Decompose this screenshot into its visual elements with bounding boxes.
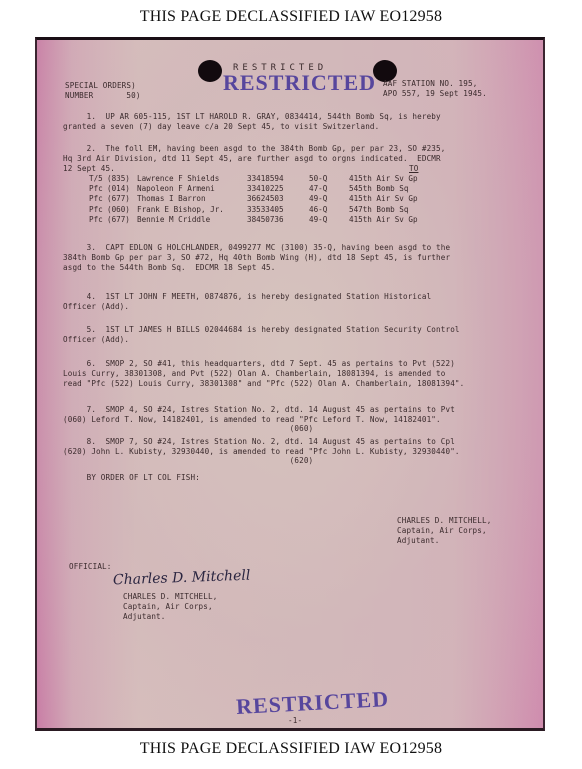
roster-to: 545th Bomb Sq [349,184,439,194]
paragraph-4-line-2: Officer (Add). [63,302,129,312]
roster-row: Pfc(677)Thomas I Barron3662450349-Q415th… [89,194,439,204]
signature-left-role: Adjutant. [123,612,166,622]
order-number: NUMBER 50) [65,91,141,101]
roster-code: 49-Q [309,194,349,204]
official-label: OFFICIAL: [69,562,112,572]
paragraph-6-line-1: 6. SMOP 2, SO #41, this headquarters, dt… [63,359,455,369]
roster-row: Pfc(014)Napoleon F Armeni3341022547-Q545… [89,184,439,194]
roster-table: T/5(835)Lawrence F Shields3341859450-Q41… [89,174,439,225]
roster-mos: (835) [107,174,137,184]
roster-to: 415th Air Sv Gp [349,215,439,225]
declassified-banner-bottom: THIS PAGE DECLASSIFIED IAW EO12958 [0,740,582,758]
roster-row: Pfc(060)Frank E Bishop, Jr.3353340546-Q5… [89,205,439,215]
roster-mos: (014) [107,184,137,194]
roster-to-header: TO [409,164,418,174]
special-orders-label: SPECIAL ORDERS) [65,81,136,91]
roster-row: Pfc(677)Bennie M Criddle3845073649-Q415t… [89,215,439,225]
signature-right-role: Adjutant. [397,536,440,546]
signature-left-title: Captain, Air Corps, [123,602,213,612]
signature-left-name: CHARLES D. MITCHELL, [123,592,217,602]
roster-mos: (060) [107,205,137,215]
roster-code: 50-Q [309,174,349,184]
paragraph-5-line-2: Officer (Add). [63,335,129,345]
roster-code: 46-Q [309,205,349,215]
paragraph-8-line-3: (620) [63,456,313,466]
station-line: AAF STATION NO. 195, [383,79,477,89]
punch-hole-left [198,60,222,82]
roster-serial: 33533405 [247,205,309,215]
paragraph-6-line-2: Louis Curry, 38301308, and Pvt (522) Ola… [63,369,445,379]
roster-rank: Pfc [89,184,107,194]
paragraph-7-line-3: (060) [63,424,313,434]
restricted-stamp-top: RESTRICTED [223,70,376,96]
roster-row: T/5(835)Lawrence F Shields3341859450-Q41… [89,174,439,184]
roster-rank: T/5 [89,174,107,184]
roster-mos: (677) [107,215,137,225]
roster-to: 415th Air Sv Gp [349,174,439,184]
declassified-banner-top: THIS PAGE DECLASSIFIED IAW EO12958 [0,8,582,26]
signature-right-title: Captain, Air Corps, [397,526,487,536]
paragraph-3-line-2: 384th Bomb Gp per par 3, SO #72, Hq 40th… [63,253,450,263]
roster-name: Lawrence F Shields [137,174,247,184]
roster-serial: 36624503 [247,194,309,204]
roster-rank: Pfc [89,215,107,225]
paragraph-5-line-1: 5. 1ST LT JAMES H BILLS 02044684 is here… [63,325,460,335]
paragraph-7-line-1: 7. SMOP 4, SO #24, Istres Station No. 2,… [63,405,455,415]
roster-mos: (677) [107,194,137,204]
page-number: -1- [288,716,302,726]
paragraph-1-line-2: granted a seven (7) day leave c/a 20 Sep… [63,122,379,132]
roster-code: 49-Q [309,215,349,225]
roster-name: Frank E Bishop, Jr. [137,205,247,215]
roster-serial: 33418594 [247,174,309,184]
paragraph-2-line-3: 12 Sept 45. [63,164,115,174]
roster-code: 47-Q [309,184,349,194]
paragraph-6-line-3: read "Pfc (522) Louis Curry, 38301308" a… [63,379,464,389]
paragraph-3-line-3: asgd to the 544th Bomb Sq. EDCMR 18 Sept… [63,263,275,273]
roster-name: Napoleon F Armeni [137,184,247,194]
scanned-document-page: RESTRICTED RESTRICTED SPECIAL ORDERS) NU… [35,37,545,731]
paragraph-2-line-1: 2. The foll EM, having been asgd to the … [63,144,445,154]
roster-to: 415th Air Sv Gp [349,194,439,204]
apo-date-line: APO 557, 19 Sept 1945. [383,89,487,99]
paragraph-4-line-1: 4. 1ST LT JOHN F MEETH, 0874876, is here… [63,292,431,302]
roster-name: Bennie M Criddle [137,215,247,225]
by-order-line: BY ORDER OF LT COL FISH: [63,473,200,483]
roster-to: 547th Bomb Sq [349,205,439,215]
roster-rank: Pfc [89,194,107,204]
roster-name: Thomas I Barron [137,194,247,204]
paragraph-8-line-1: 8. SMOP 7, SO #24, Istres Station No. 2,… [63,437,455,447]
handwritten-signature: Charles D. Mitchell [113,568,251,589]
roster-serial: 33410225 [247,184,309,194]
roster-serial: 38450736 [247,215,309,225]
roster-rank: Pfc [89,205,107,215]
paragraph-1-line-1: 1. UP AR 605-115, 1ST LT HAROLD R. GRAY,… [63,112,441,122]
signature-right-name: CHARLES D. MITCHELL, [397,516,491,526]
paragraph-3-line-1: 3. CAPT EDLON G HOLCHLANDER, 0499277 MC … [63,243,450,253]
paragraph-2-line-2: Hq 3rd Air Division, dtd 11 Sept 45, are… [63,154,441,164]
restricted-stamp-bottom: RESTRICTED [235,686,389,720]
